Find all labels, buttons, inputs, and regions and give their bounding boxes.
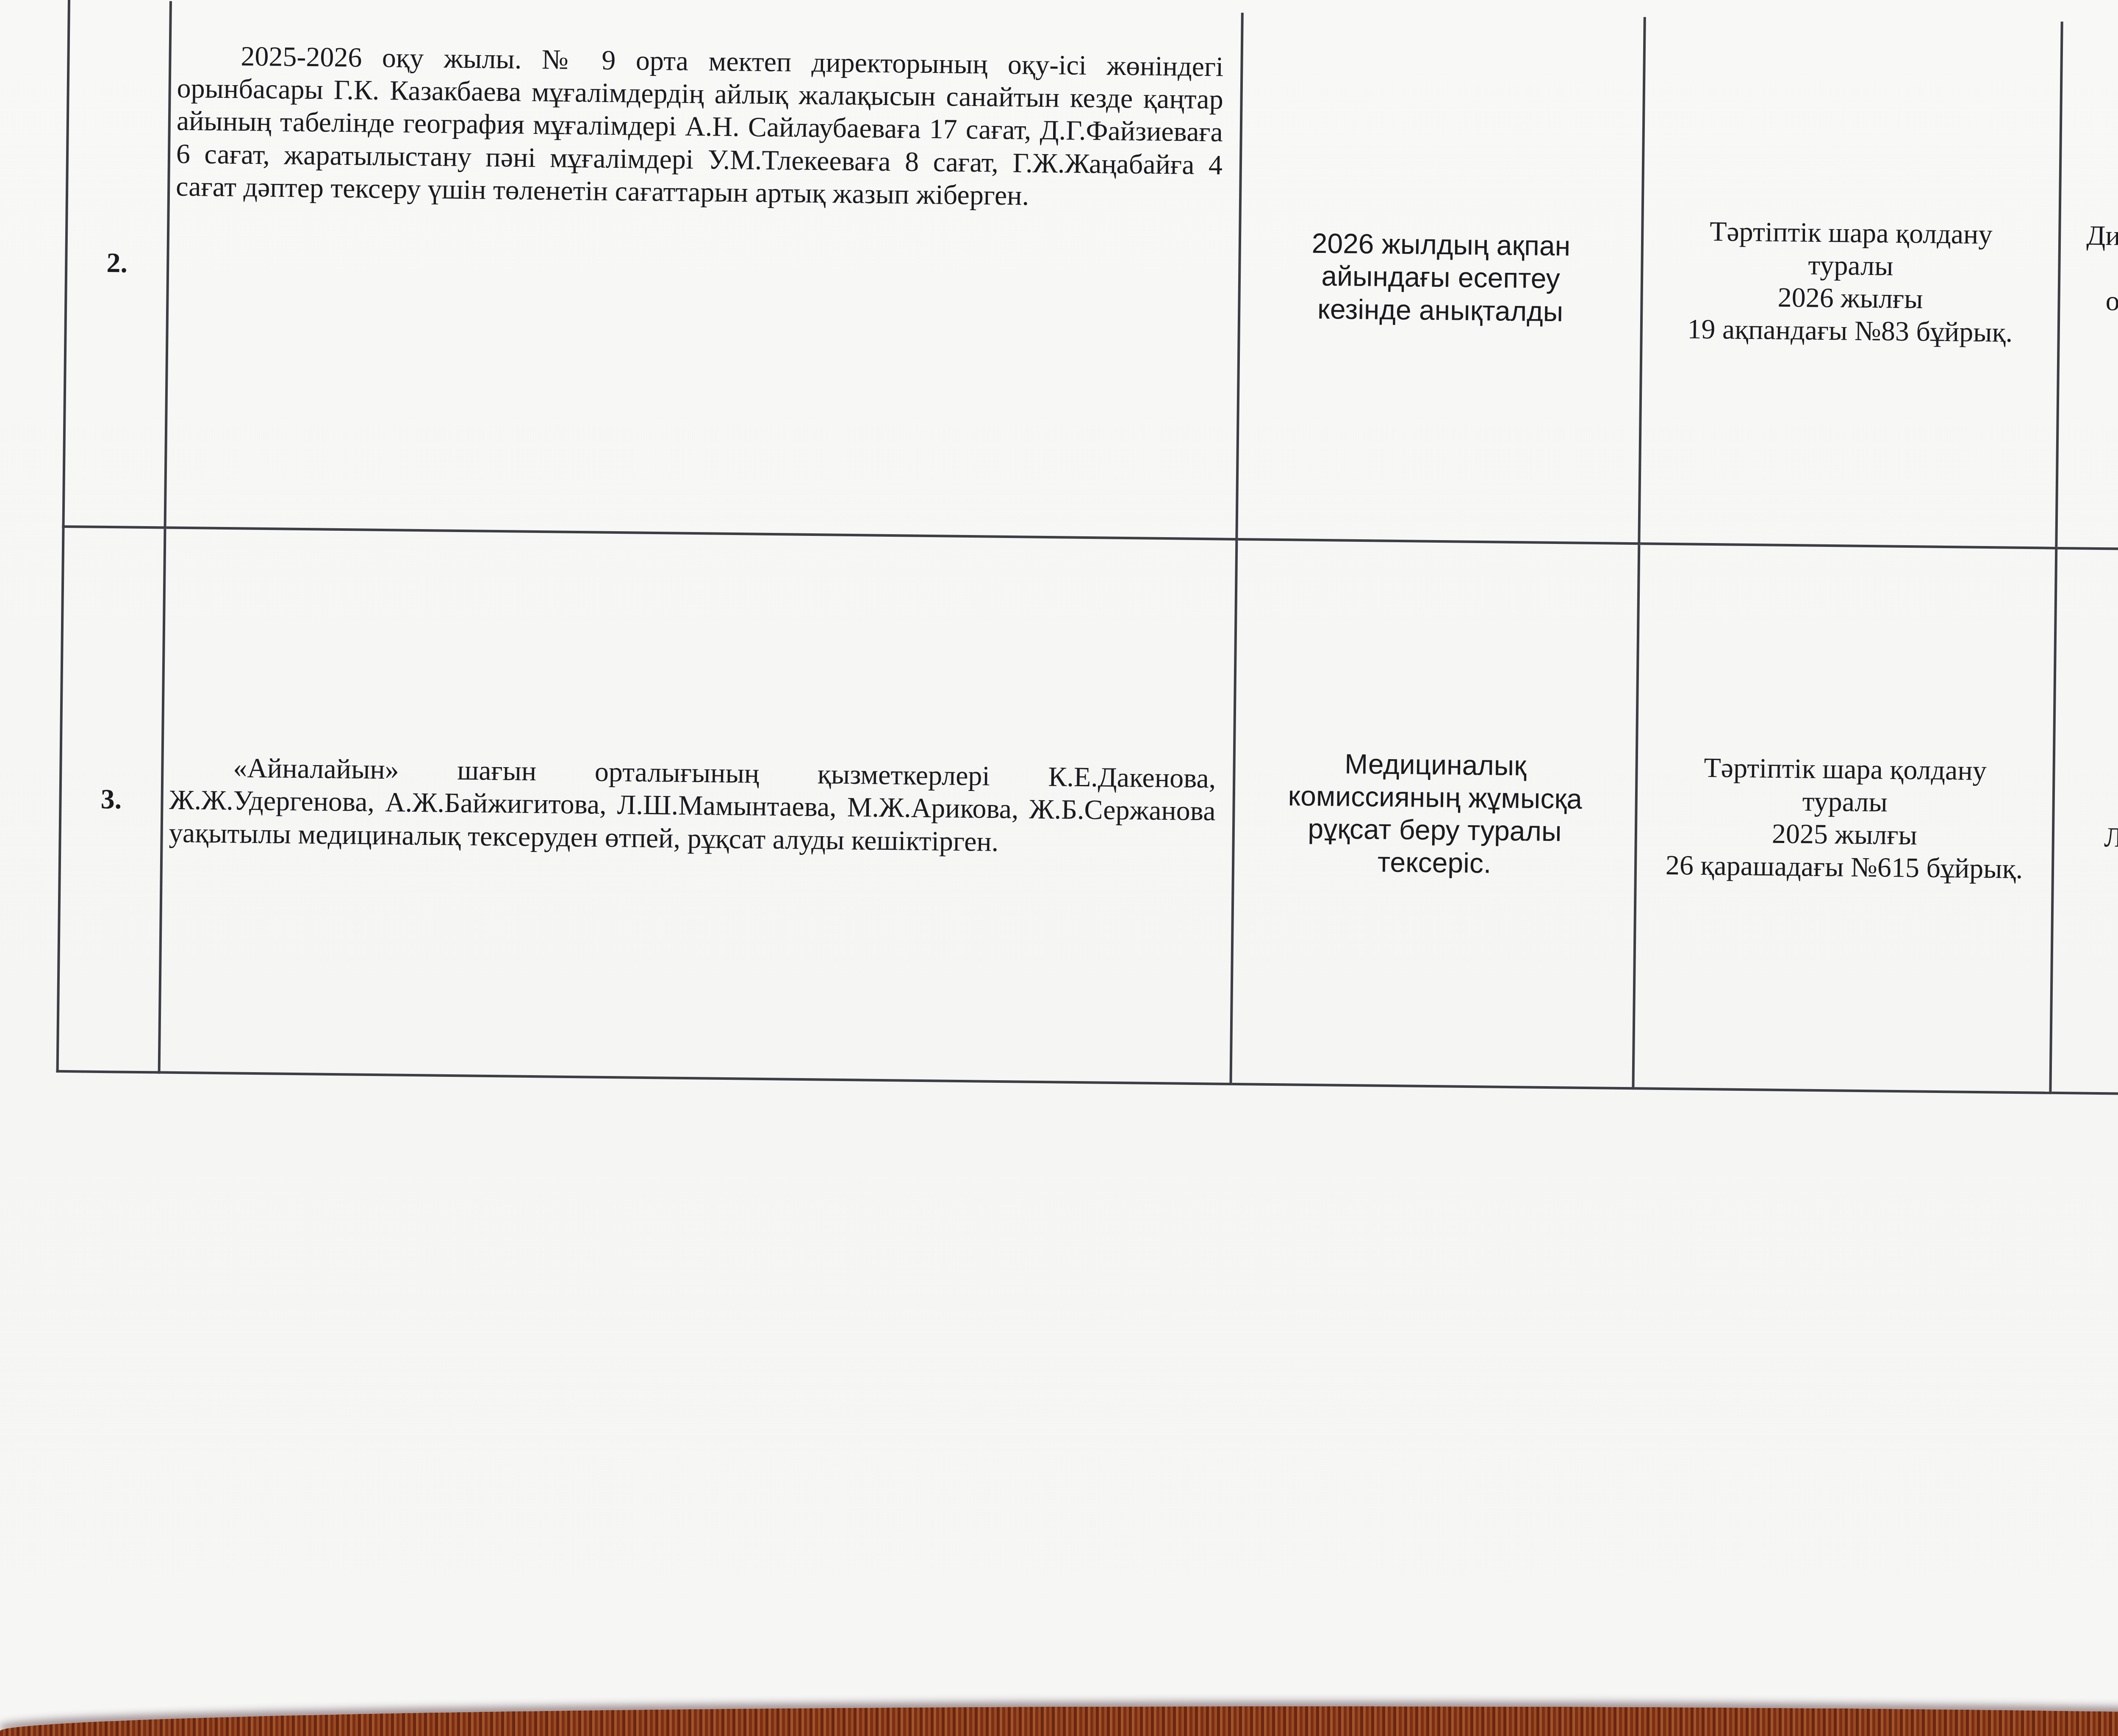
responsible-line: ісі жөніндегі <box>2066 252 2118 287</box>
row-number: 2. <box>64 0 171 528</box>
detection-cell: 2026 жылдың ақпан айындағы есептеу кезін… <box>1236 13 1644 544</box>
detection-line: рұқсат беру туралы <box>1241 812 1629 849</box>
measure-line: 2025 жылғы <box>1643 816 2046 853</box>
responsible-line: Казакбаева <box>2065 317 2118 352</box>
row-number: 3. <box>58 527 165 1073</box>
violation-description-text: «Айналайын» шағын орталығының қызметкерл… <box>169 753 1216 857</box>
table-row: 2. 2025-2026 оқу жылы. № 9 орта мектеп д… <box>64 0 2118 553</box>
responsible-cell: Директорының оқу- ісі жөніндегі орынбаса… <box>2056 22 2118 551</box>
measure-line: Тәртіптік шара қолдану <box>1644 751 2047 788</box>
detection-line: кезінде анықталды <box>1246 292 1635 329</box>
detection-line: тексеріс. <box>1240 844 1629 881</box>
responsible-line: Директорының оқу- <box>2067 219 2118 255</box>
detection-line: айындағы есептеу <box>1247 259 1635 296</box>
responsible-line: Іс-жүргізуші <box>2060 788 2118 824</box>
measure-cell: Тәртіптік шара қолдану туралы 2026 жылғы… <box>1639 17 2062 548</box>
table-row: 3. «Айналайын» шағын орталығының қызметк… <box>58 527 2118 1098</box>
violation-description-text: 2025-2026 оқу жылы. № 9 орта мектеп дире… <box>176 41 1224 211</box>
measure-line: Тәртіптік шара қолдану <box>1649 214 2053 252</box>
violations-table-container: 2. 2025-2026 оқу жылы. № 9 орта мектеп д… <box>56 0 2118 1086</box>
detection-line: Медициналық <box>1241 746 1630 783</box>
responsible-line: орынбасары Г.К. <box>2066 284 2118 320</box>
measure-line: туралы <box>1643 783 2046 821</box>
measure-line: туралы <box>1649 247 2052 284</box>
detection-line: 2026 жылдың ақпан <box>1247 226 1636 263</box>
detection-line: комиссияның жұмысқа <box>1241 779 1629 816</box>
violation-description: «Айналайын» шағын орталығының қызметкерл… <box>159 528 1237 1084</box>
responsible-cell: Іс-жүргізуші Л.Х.Нархозиева <box>2050 548 2118 1096</box>
measure-line: 19 ақпандағы №83 бұйрық. <box>1648 313 2051 350</box>
violation-description: 2025-2026 оқу жылы. № 9 орта мектеп дире… <box>165 1 1242 539</box>
violations-table: 2. 2025-2026 оқу жылы. № 9 орта мектеп д… <box>56 0 2118 1099</box>
measure-line: 2026 жылғы <box>1649 280 2052 317</box>
measure-line: 26 қарашадағы №615 бұйрық. <box>1643 849 2046 886</box>
detection-cell: Медициналық комиссияның жұмысқа рұқсат б… <box>1231 539 1639 1088</box>
measure-cell: Тәртіптік шара қолдану туралы 2025 жылғы… <box>1633 544 2056 1093</box>
responsible-line: Л.Х.Нархозиева <box>2060 821 2118 856</box>
